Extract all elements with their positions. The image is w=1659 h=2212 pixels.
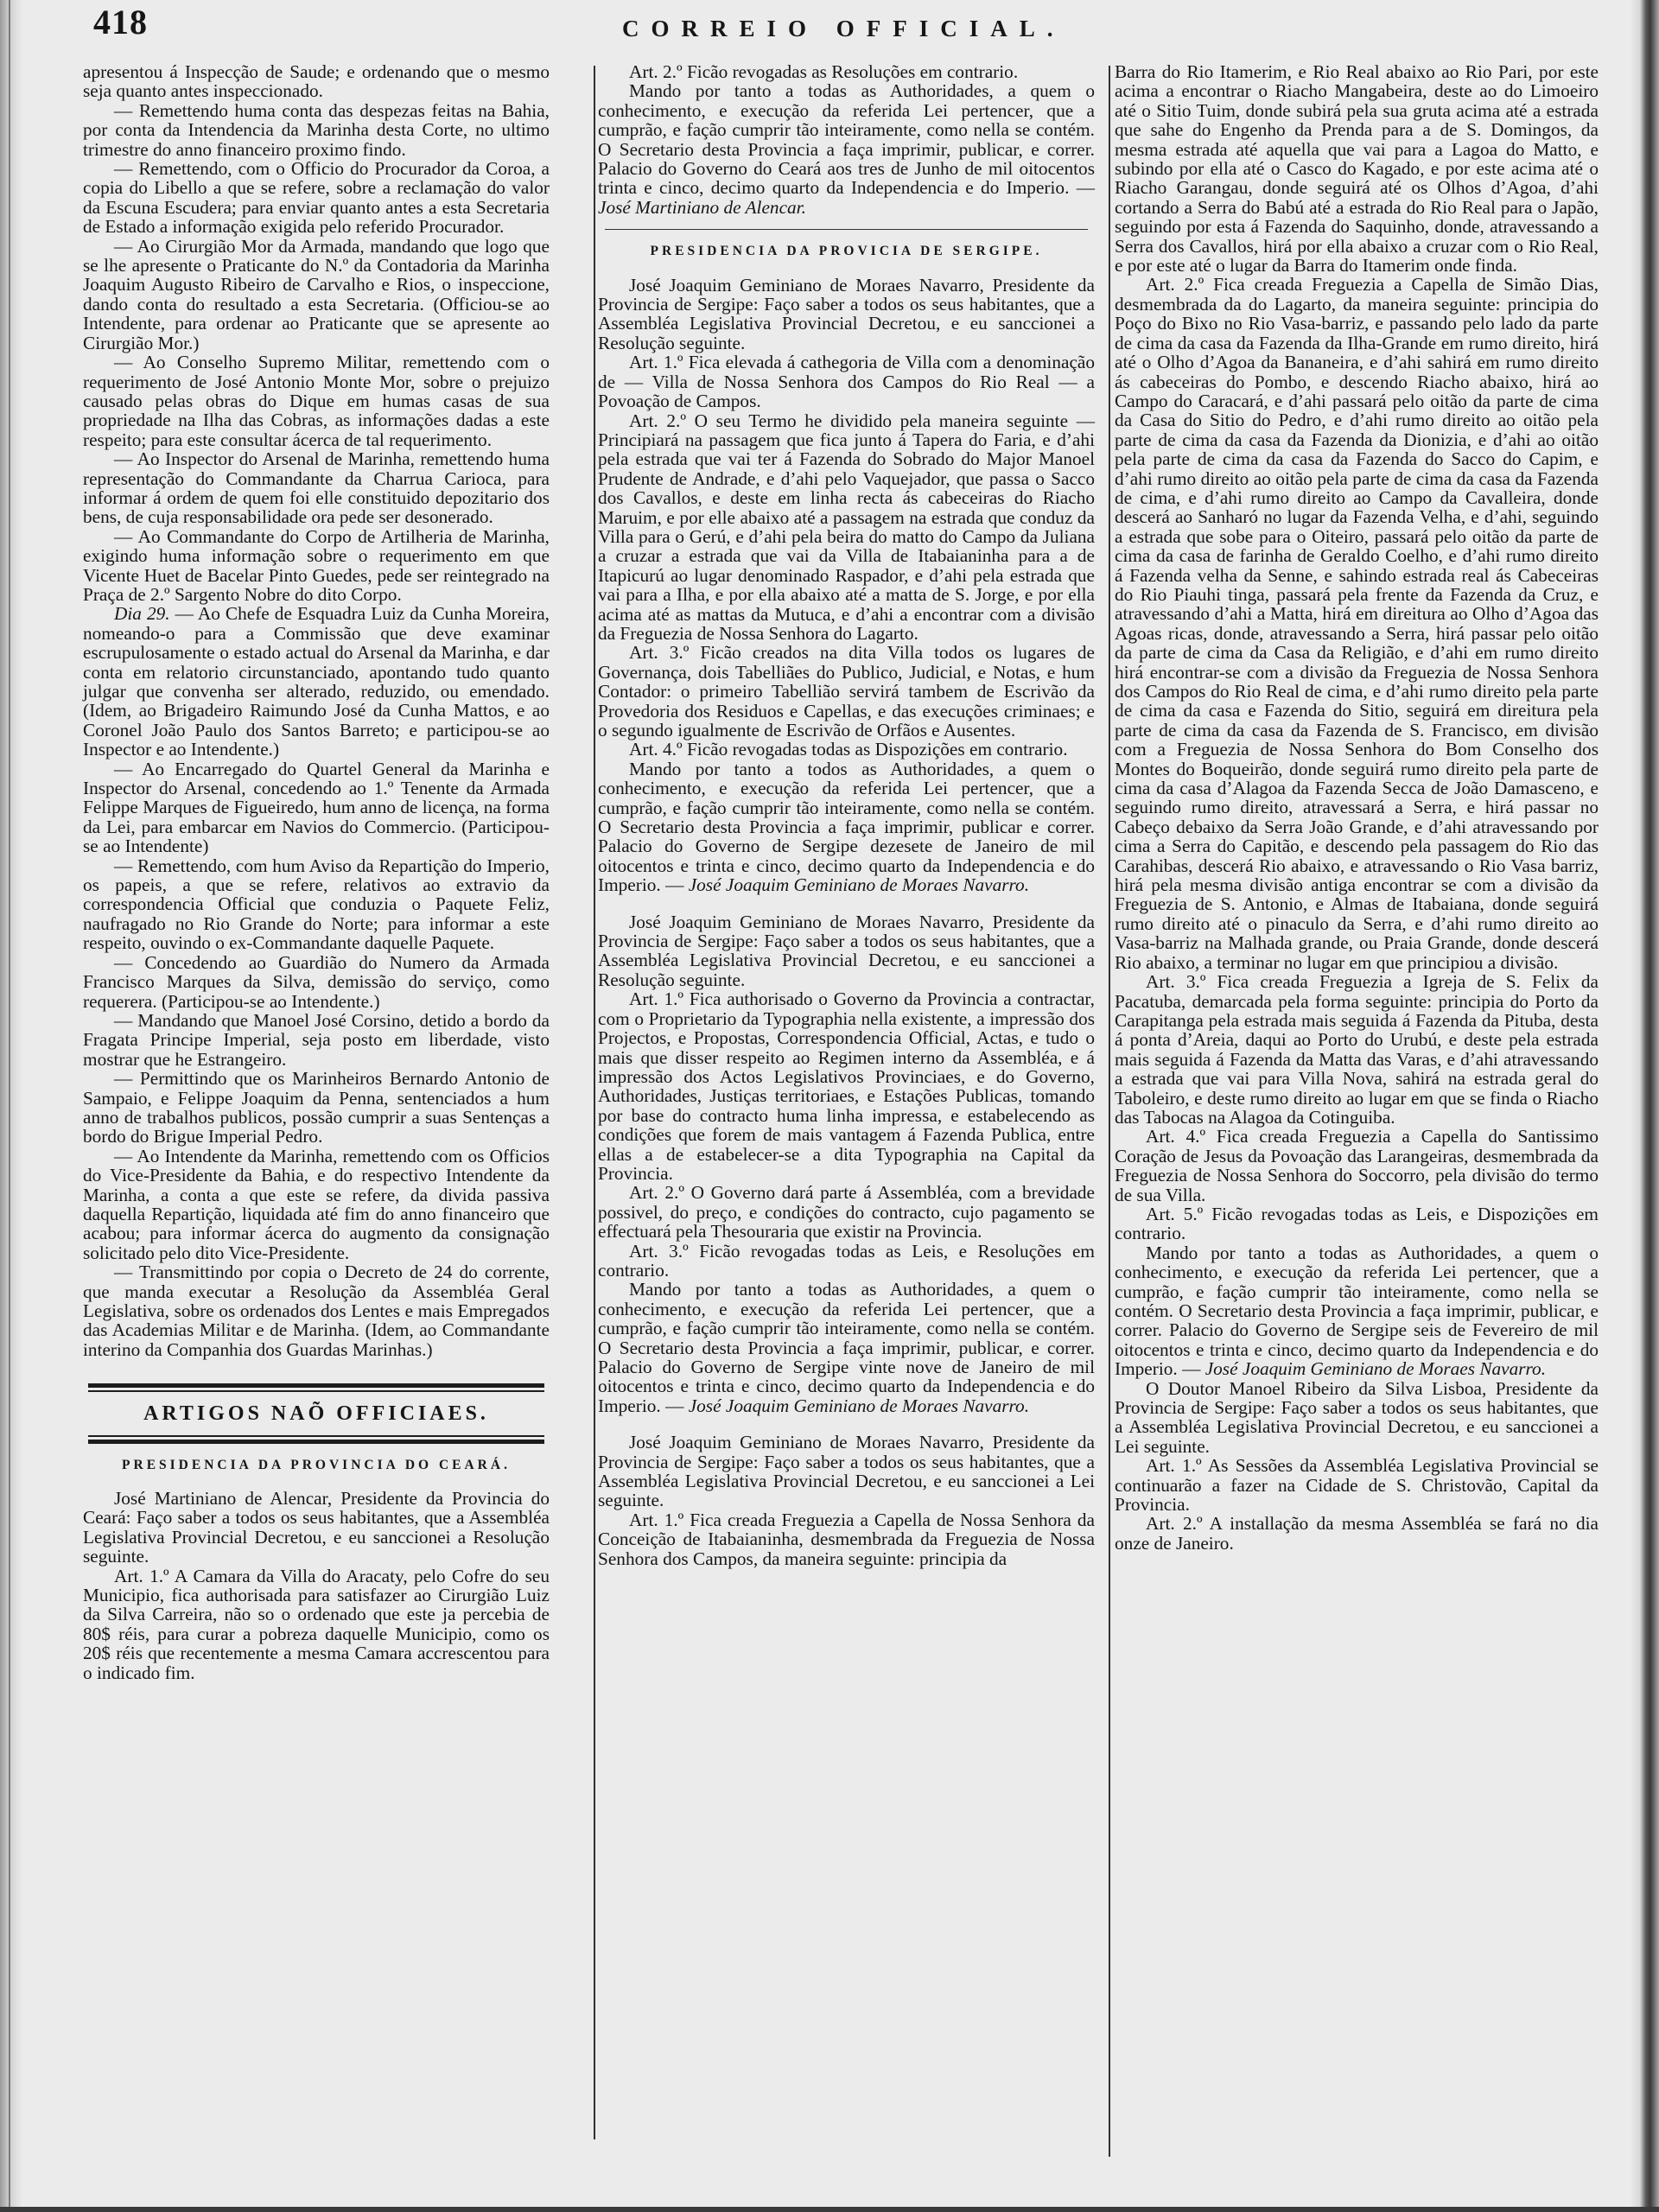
notice-paragraph: Dia 29. — Ao Chefe de Esquadra Luiz da C… [83,604,550,759]
signature-dash: — [1178,1358,1205,1379]
law-paragraph: Art. 1.º Fica elevada á cathegoria de Vi… [598,353,1095,410]
sergipe-law-typographia: José Joaquim Geminiano de Moraes Navarro… [598,912,1095,1416]
notice-paragraph: — Ao Inspector do Arsenal de Marinha, re… [83,449,550,527]
notice-paragraph: — Remettendo, com o Officio do Procurado… [83,159,550,237]
signature-dash: — [1069,177,1095,198]
law-text: Art. 4.º Ficão revogadas todas as Dispoz… [629,739,1068,760]
section-banner: ARTIGOS NAÕ OFFICIAES. [83,1383,550,1443]
notice-text: apresentou á Inspecção de Saude; e orden… [83,61,550,101]
notice-paragraph: — Remettendo huma conta das despezas fei… [83,101,550,159]
law-paragraph: José Joaquim Geminiano de Moraes Navarro… [598,276,1095,353]
law-paragraph: Mando por tanto a todas as Authoridades,… [598,1280,1095,1415]
banner-title: ARTIGOS NAÕ OFFICIAES. [83,1404,550,1423]
signature-dash: — [661,874,689,895]
banner-rule-top-thin [88,1390,544,1392]
notice-text: — Ao Chefe de Esquadra Luiz da Cunha Mor… [83,603,550,760]
law-paragraph: José Joaquim Geminiano de Moraes Navarro… [598,912,1095,990]
notice-text: — Permittindo que os Marinheiros Bernard… [83,1068,550,1147]
ceara-signature: José Martiniano de Alencar. [598,197,806,218]
notice-paragraph: — Remettendo, com hum Aviso da Repartiçã… [83,856,550,953]
law-text: Art. 3.º Ficão creados na dita Villa tod… [598,642,1095,741]
notice-paragraph: apresentou á Inspecção de Saude; e orden… [83,62,550,101]
notice-text: — Remettendo huma conta das despezas fei… [83,100,550,160]
law-text: Art. 1.º Fica authorisado o Governo da P… [598,988,1095,1184]
law-paragraph: Art. 2.º O Governo dará parte á Assemblé… [598,1183,1095,1241]
section-divider [605,229,1088,230]
ceara-art-1: Art. 1.º A Camara da Villa do Aracaty, p… [83,1567,550,1682]
notice-text: — Ao Encarregado do Quartel General da M… [83,759,550,857]
banner-rule-bottom-thin [88,1435,544,1437]
column-right: Barra do Rio Itamerim, e Rio Real abaixo… [1115,62,1599,2177]
banner-rule-top-thick [88,1383,544,1388]
law-text: Art. 1.º Fica elevada á cathegoria de Vi… [598,352,1095,411]
ceara-art-2: Art. 2.º Ficão revogadas as Resoluções e… [598,62,1095,81]
notice-paragraph: — Permittindo que os Marinheiros Bernard… [83,1069,550,1147]
law3-art-5: Art. 5.º Ficão revogadas todas as Leis, … [1115,1205,1599,1243]
column-divider-2 [1109,66,1110,2157]
law-text: José Joaquim Geminiano de Moraes Navarro… [598,912,1095,990]
signature-dash: — [661,1395,689,1416]
law3-preamble: José Joaquim Geminiano de Moraes Navarro… [598,1433,1095,1510]
column-middle: Art. 2.º Ficão revogadas as Resoluções e… [598,62,1095,2177]
ceara-enactment: Mando por tanto a todas as Authoridades,… [598,81,1095,217]
section-heading-ceara: PRESIDENCIA DA PROVINCIA DO CEARÁ. [83,1456,550,1475]
notice-paragraph: — Mandando que Manoel José Corsino, deti… [83,1011,550,1069]
notice-text: — Remettendo, com hum Aviso da Repartiçã… [83,855,550,954]
law-text: Art. 3.º Ficão revogadas todas as Leis, … [598,1241,1095,1281]
column-left: apresentou á Inspecção de Saude; e orden… [83,62,550,2177]
law3-art-4: Art. 4.º Fica creada Freguezia a Capella… [1115,1127,1599,1205]
dateline: Dia 29. [114,603,170,624]
notice-text: — Transmittindo por copia o Decreto de 2… [83,1262,550,1360]
law-text: José Joaquim Geminiano de Moraes Navarro… [598,275,1095,353]
section-heading-sergipe: PRESIDENCIA DA PROVICIA DE SERGIPE. [598,242,1095,261]
page-bottom-edge [0,2207,1659,2212]
law-paragraph: Mando por tanto a todos as Authoridades,… [598,760,1095,895]
law-paragraph: Art. 4.º Ficão revogadas todas as Dispoz… [598,740,1095,759]
law-signature: José Joaquim Geminiano de Moraes Navarro… [689,1395,1029,1416]
law3-art-2: Art. 2.º Fica creada Freguezia a Capella… [1115,275,1599,972]
law4-art-1: Art. 1.º As Sessões da Assembléa Legisla… [1115,1456,1599,1514]
notice-text: — Ao Inspector do Arsenal de Marinha, re… [83,448,550,527]
law-signature: José Joaquim Geminiano de Moraes Navarro… [689,874,1029,895]
page-right-edge [1630,0,1659,2212]
law3-art-3: Art. 3.º Fica creada Freguezia a Igreja … [1115,972,1599,1127]
law-paragraph: Art. 2.º O seu Termo he dividido pela ma… [598,411,1095,644]
binding-edge-line [9,0,10,2212]
banner-rule-bottom-thick [88,1440,544,1444]
sergipe-law-villa-campos: José Joaquim Geminiano de Moraes Navarro… [598,276,1095,895]
law3-enactment: Mando por tanto a todas as Authoridades,… [1115,1243,1599,1379]
law-paragraph: Art. 3.º Ficão revogadas todas as Leis, … [598,1242,1095,1281]
notice-text: — Remettendo, com o Officio do Procurado… [83,158,550,237]
notice-text: — Ao Commandante do Corpo de Artilheria … [83,526,550,605]
notice-text: — Ao Intendente da Marinha, remettendo c… [83,1146,550,1263]
notice-paragraph: — Ao Cirurgião Mor da Armada, mandando q… [83,237,550,353]
notice-paragraph: — Ao Commandante do Corpo de Artilheria … [83,527,550,605]
notice-paragraph: — Ao Encarregado do Quartel General da M… [83,760,550,856]
notice-paragraph: — Concedendo ao Guardião do Numero da Ar… [83,953,550,1011]
law3-art-1-continued: Barra do Rio Itamerim, e Rio Real abaixo… [1115,62,1599,275]
page-binding-shadow [0,0,22,2212]
notice-text: — Mandando que Manoel José Corsino, deti… [83,1010,550,1070]
notice-paragraph: — Ao Conselho Supremo Militar, remettend… [83,353,550,449]
law-paragraph: Art. 1.º Fica authorisado o Governo da P… [598,989,1095,1183]
notice-paragraph: — Ao Intendente da Marinha, remettendo c… [83,1147,550,1262]
notice-text: — Ao Conselho Supremo Militar, remettend… [83,352,550,450]
official-notices: apresentou á Inspecção de Saude; e orden… [83,62,550,1359]
law-paragraph: Art. 3.º Ficão creados na dita Villa tod… [598,643,1095,740]
law4-art-2: Art. 2.º A installação da mesma Assemblé… [1115,1514,1599,1553]
newspaper-masthead: CORREIO OFFICIAL. [622,16,1400,42]
law-text: Art. 2.º O seu Termo he dividido pela ma… [598,410,1095,644]
law3-signature: José Joaquim Geminiano de Moraes Navarro… [1205,1358,1546,1379]
page-number: 418 [93,2,148,42]
ceara-enactment-text: Mando por tanto a todas as Authoridades,… [598,80,1095,198]
notice-text: — Concedendo ao Guardião do Numero da Ar… [83,952,550,1012]
notice-text: — Ao Cirurgião Mor da Armada, mandando q… [83,236,550,353]
law-text: Art. 2.º O Governo dará parte á Assemblé… [598,1182,1095,1242]
law3-art-1-start: Art. 1.º Fica creada Freguezia a Capella… [598,1510,1095,1568]
ceara-preamble: José Martiniano de Alencar, Presidente d… [83,1489,550,1567]
law4-preamble: O Doutor Manoel Ribeiro da Silva Lisboa,… [1115,1379,1599,1457]
column-divider-1 [594,66,595,2139]
notice-paragraph: — Transmittindo por copia o Decreto de 2… [83,1262,550,1359]
